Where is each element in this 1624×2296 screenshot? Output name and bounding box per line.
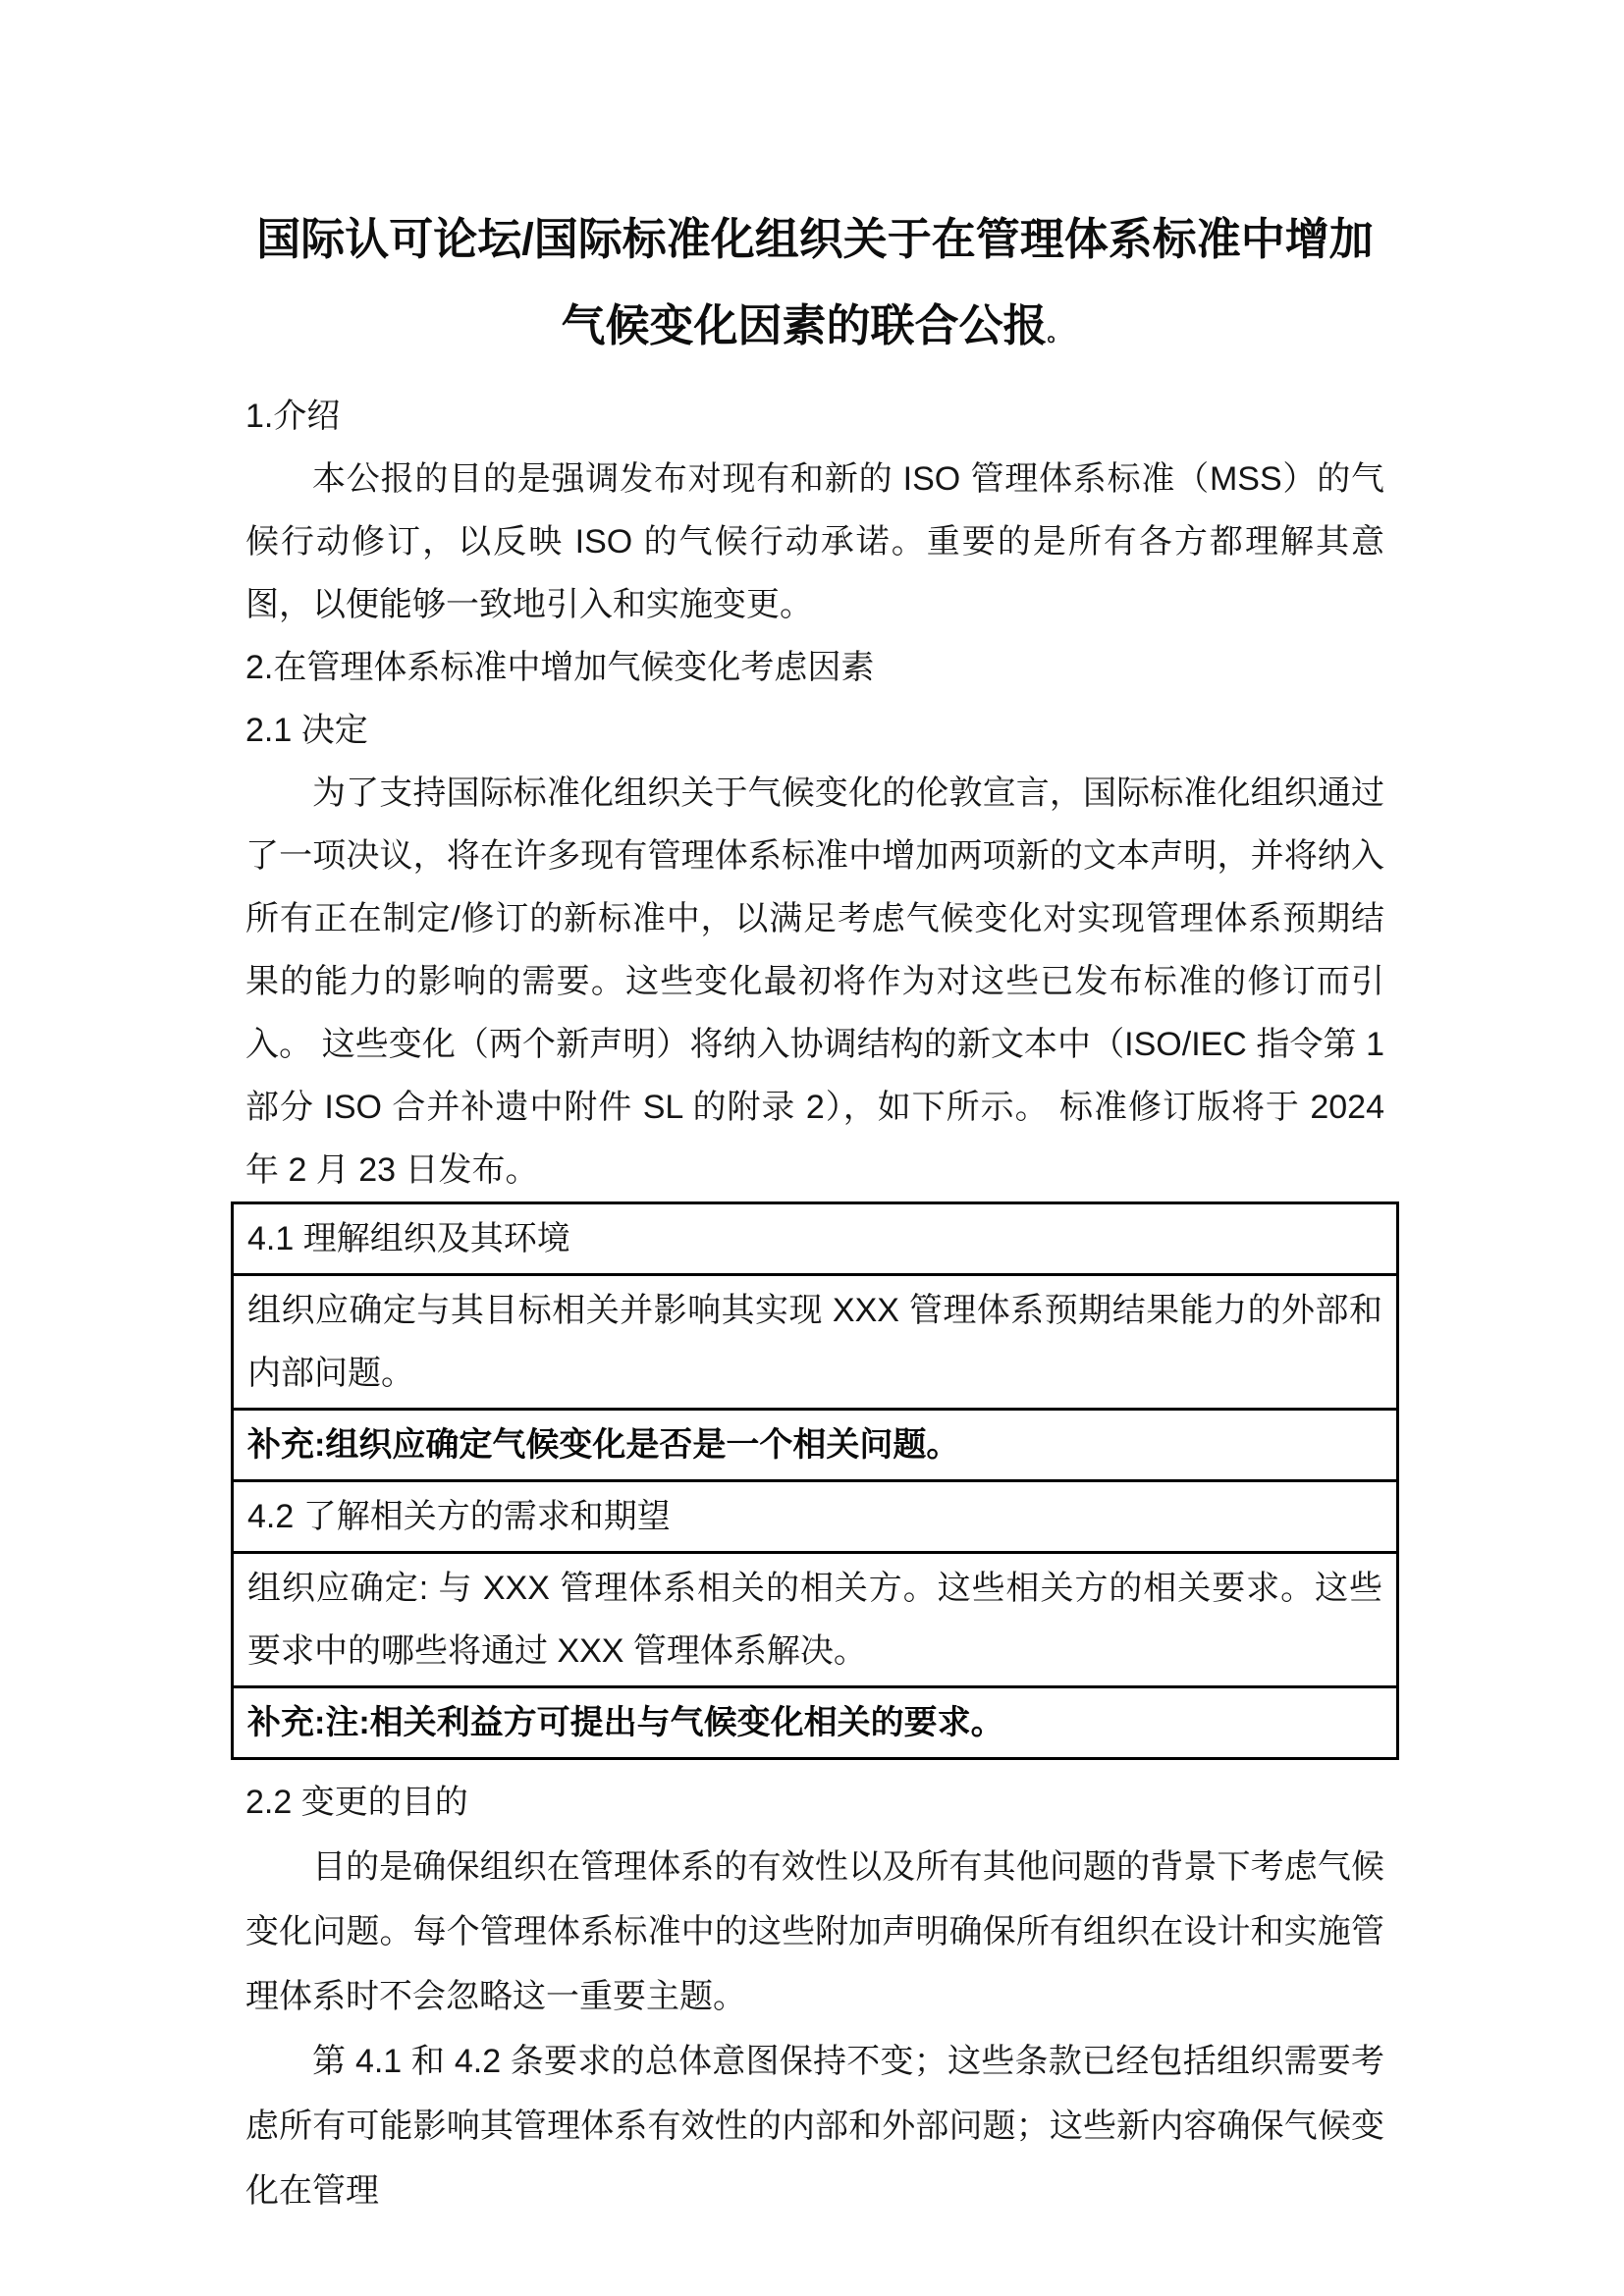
document-page: 国际认可论坛/国际标准化组织关于在管理体系标准中增加 气候变化因素的联合公报。 … <box>0 0 1624 2296</box>
title-line-2: 气候变化因素的联合公报。 <box>245 283 1384 377</box>
section-1-heading: 1.介绍 <box>245 385 1384 448</box>
section-1-paragraph: 本公报的目的是强调发布对现有和新的 ISO 管理体系标准（MSS）的气候行动修订… <box>245 448 1384 636</box>
section-2-2-paragraph-1: 目的是确保组织在管理体系的有效性以及所有其他问题的背景下考虑气候变化问题。每个管… <box>245 1835 1384 2029</box>
annex-sl-amendments-table: 4.1 理解组织及其环境 组织应确定与其目标相关并影响其实现 XXX 管理体系预… <box>231 1201 1399 1760</box>
section-2-heading: 2.在管理体系标准中增加气候变化考虑因素 <box>245 636 1384 699</box>
table-cell-4-2-addition: 补充:注:相关利益方可提出与气候变化相关的要求。 <box>233 1687 1398 1759</box>
table-cell-4-1-text: 组织应确定与其目标相关并影响其实现 XXX 管理体系预期结果能力的外部和内部问题… <box>233 1275 1398 1410</box>
pre-table-content: 1.介绍 本公报的目的是强调发布对现有和新的 ISO 管理体系标准（MSS）的气… <box>245 385 1384 1201</box>
table-row-4-1-addition: 补充:组织应确定气候变化是否是一个相关问题。 <box>233 1410 1398 1481</box>
table-row-4-2-heading: 4.2 了解相关方的需求和期望 <box>233 1481 1398 1553</box>
table-row-4-1-text: 组织应确定与其目标相关并影响其实现 XXX 管理体系预期结果能力的外部和内部问题… <box>233 1275 1398 1410</box>
post-table-content: 2.2 变更的目的 目的是确保组织在管理体系的有效性以及所有其他问题的背景下考虑… <box>245 1770 1384 2223</box>
title-line-2-text: 气候变化因素的联合公报 <box>561 300 1047 350</box>
table-cell-4-1-addition: 补充:组织应确定气候变化是否是一个相关问题。 <box>233 1410 1398 1481</box>
document-body: 国际认可论坛/国际标准化组织关于在管理体系标准中增加 气候变化因素的联合公报。 … <box>245 0 1384 2223</box>
title-line-1: 国际认可论坛/国际标准化组织关于在管理体系标准中增加 <box>245 196 1384 283</box>
annex-sl-amendments-table-body: 4.1 理解组织及其环境 组织应确定与其目标相关并影响其实现 XXX 管理体系预… <box>233 1203 1398 1759</box>
table-row-4-2-text: 组织应确定: 与 XXX 管理体系相关的相关方。这些相关方的相关要求。这些要求中… <box>233 1553 1398 1687</box>
section-2-2-heading: 2.2 变更的目的 <box>245 1770 1384 1835</box>
table-row-4-1-heading: 4.1 理解组织及其环境 <box>233 1203 1398 1275</box>
section-2-1-paragraph: 为了支持国际标准化组织关于气候变化的伦敦宣言，国际标准化组织通过了一项决议，将在… <box>245 762 1384 1201</box>
table-cell-4-2-text: 组织应确定: 与 XXX 管理体系相关的相关方。这些相关方的相关要求。这些要求中… <box>233 1553 1398 1687</box>
section-2-2-paragraph-2: 第 4.1 和 4.2 条要求的总体意图保持不变；这些条款已经包括组织需要考虑所… <box>245 2029 1384 2223</box>
section-2-1-heading: 2.1 决定 <box>245 699 1384 762</box>
table-cell-4-1-heading: 4.1 理解组织及其环境 <box>233 1203 1398 1275</box>
document-title: 国际认可论坛/国际标准化组织关于在管理体系标准中增加 气候变化因素的联合公报。 <box>245 196 1384 377</box>
title-period: 。 <box>1048 321 1069 346</box>
table-cell-4-2-heading: 4.2 了解相关方的需求和期望 <box>233 1481 1398 1553</box>
table-row-4-2-addition: 补充:注:相关利益方可提出与气候变化相关的要求。 <box>233 1687 1398 1759</box>
